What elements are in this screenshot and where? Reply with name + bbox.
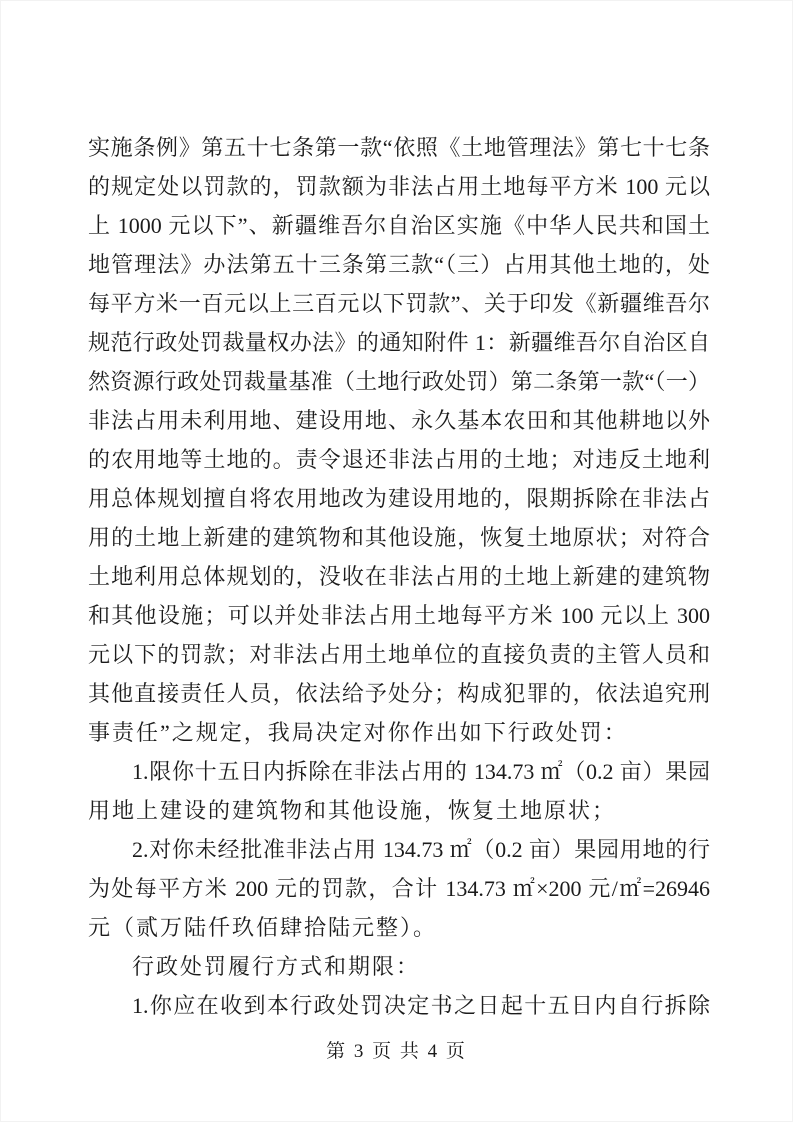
- document-line: 其他直接责任人员，依法给予处分；构成犯罪的，依法追究刑: [88, 674, 710, 713]
- document-line-section-heading: 行政处罚履行方式和期限：: [88, 947, 710, 986]
- document-line: 为处每平方米 200 元的罚款，合计 134.73 ㎡×200 元/㎡=2694…: [88, 869, 710, 908]
- document-line: 用的土地上新建的建筑物和其他设施，恢复土地原状；对符合: [88, 518, 710, 557]
- document-line: 的规定处以罚款的，罚款额为非法占用土地每平方米 100 元以: [88, 167, 710, 206]
- document-line: 然资源行政处罚裁量基准（土地行政处罚）第二条第一款“（一）: [88, 362, 710, 401]
- document-body: 实施条例》第五十七条第一款“依照《土地管理法》第七十七条 的规定处以罚款的，罚款…: [88, 128, 710, 1025]
- document-line: 的农用地等土地的。责令退还非法占用的土地；对违反土地利: [88, 440, 710, 479]
- document-line: 非法占用未利用地、建设用地、永久基本农田和其他耕地以外: [88, 401, 710, 440]
- page-number-footer: 第 3 页 共 4 页: [0, 1036, 793, 1063]
- document-line: 元以下的罚款；对非法占用土地单位的直接负责的主管人员和: [88, 635, 710, 674]
- document-line: 每平方米一百元以上三百元以下罚款”、关于印发《新疆维吾尔: [88, 284, 710, 323]
- document-line: 土地利用总体规划的，没收在非法占用的土地上新建的建筑物: [88, 557, 710, 596]
- document-line: 元（贰万陆仟玖佰肆拾陆元整）。: [88, 908, 710, 947]
- document-line: 和其他设施；可以并处非法占用土地每平方米 100 元以上 300: [88, 596, 710, 635]
- document-line: 实施条例》第五十七条第一款“依照《土地管理法》第七十七条: [88, 128, 710, 167]
- document-line: 地管理法》办法第五十三条第三款“（三）占用其他土地的，处: [88, 245, 710, 284]
- document-page: 实施条例》第五十七条第一款“依照《土地管理法》第七十七条 的规定处以罚款的，罚款…: [0, 0, 793, 1122]
- document-line: 规范行政处罚裁量权办法》的通知附件 1：新疆维吾尔自治区自: [88, 323, 710, 362]
- document-line: 用总体规划擅自将农用地改为建设用地的，限期拆除在非法占: [88, 479, 710, 518]
- document-line: 上 1000 元以下”、新疆维吾尔自治区实施《中华人民共和国土: [88, 206, 710, 245]
- document-line-list-item-1b: 1.你应在收到本行政处罚决定书之日起十五日内自行拆除: [88, 986, 710, 1025]
- document-line-list-item-1: 1.限你十五日内拆除在非法占用的 134.73 ㎡（0.2 亩）果园: [88, 752, 710, 791]
- document-line: 用地上建设的建筑物和其他设施，恢复土地原状；: [88, 791, 710, 830]
- document-line: 事责任”之规定，我局决定对你作出如下行政处罚：: [88, 713, 710, 752]
- document-line-list-item-2: 2.对你未经批准非法占用 134.73 ㎡（0.2 亩）果园用地的行: [88, 830, 710, 869]
